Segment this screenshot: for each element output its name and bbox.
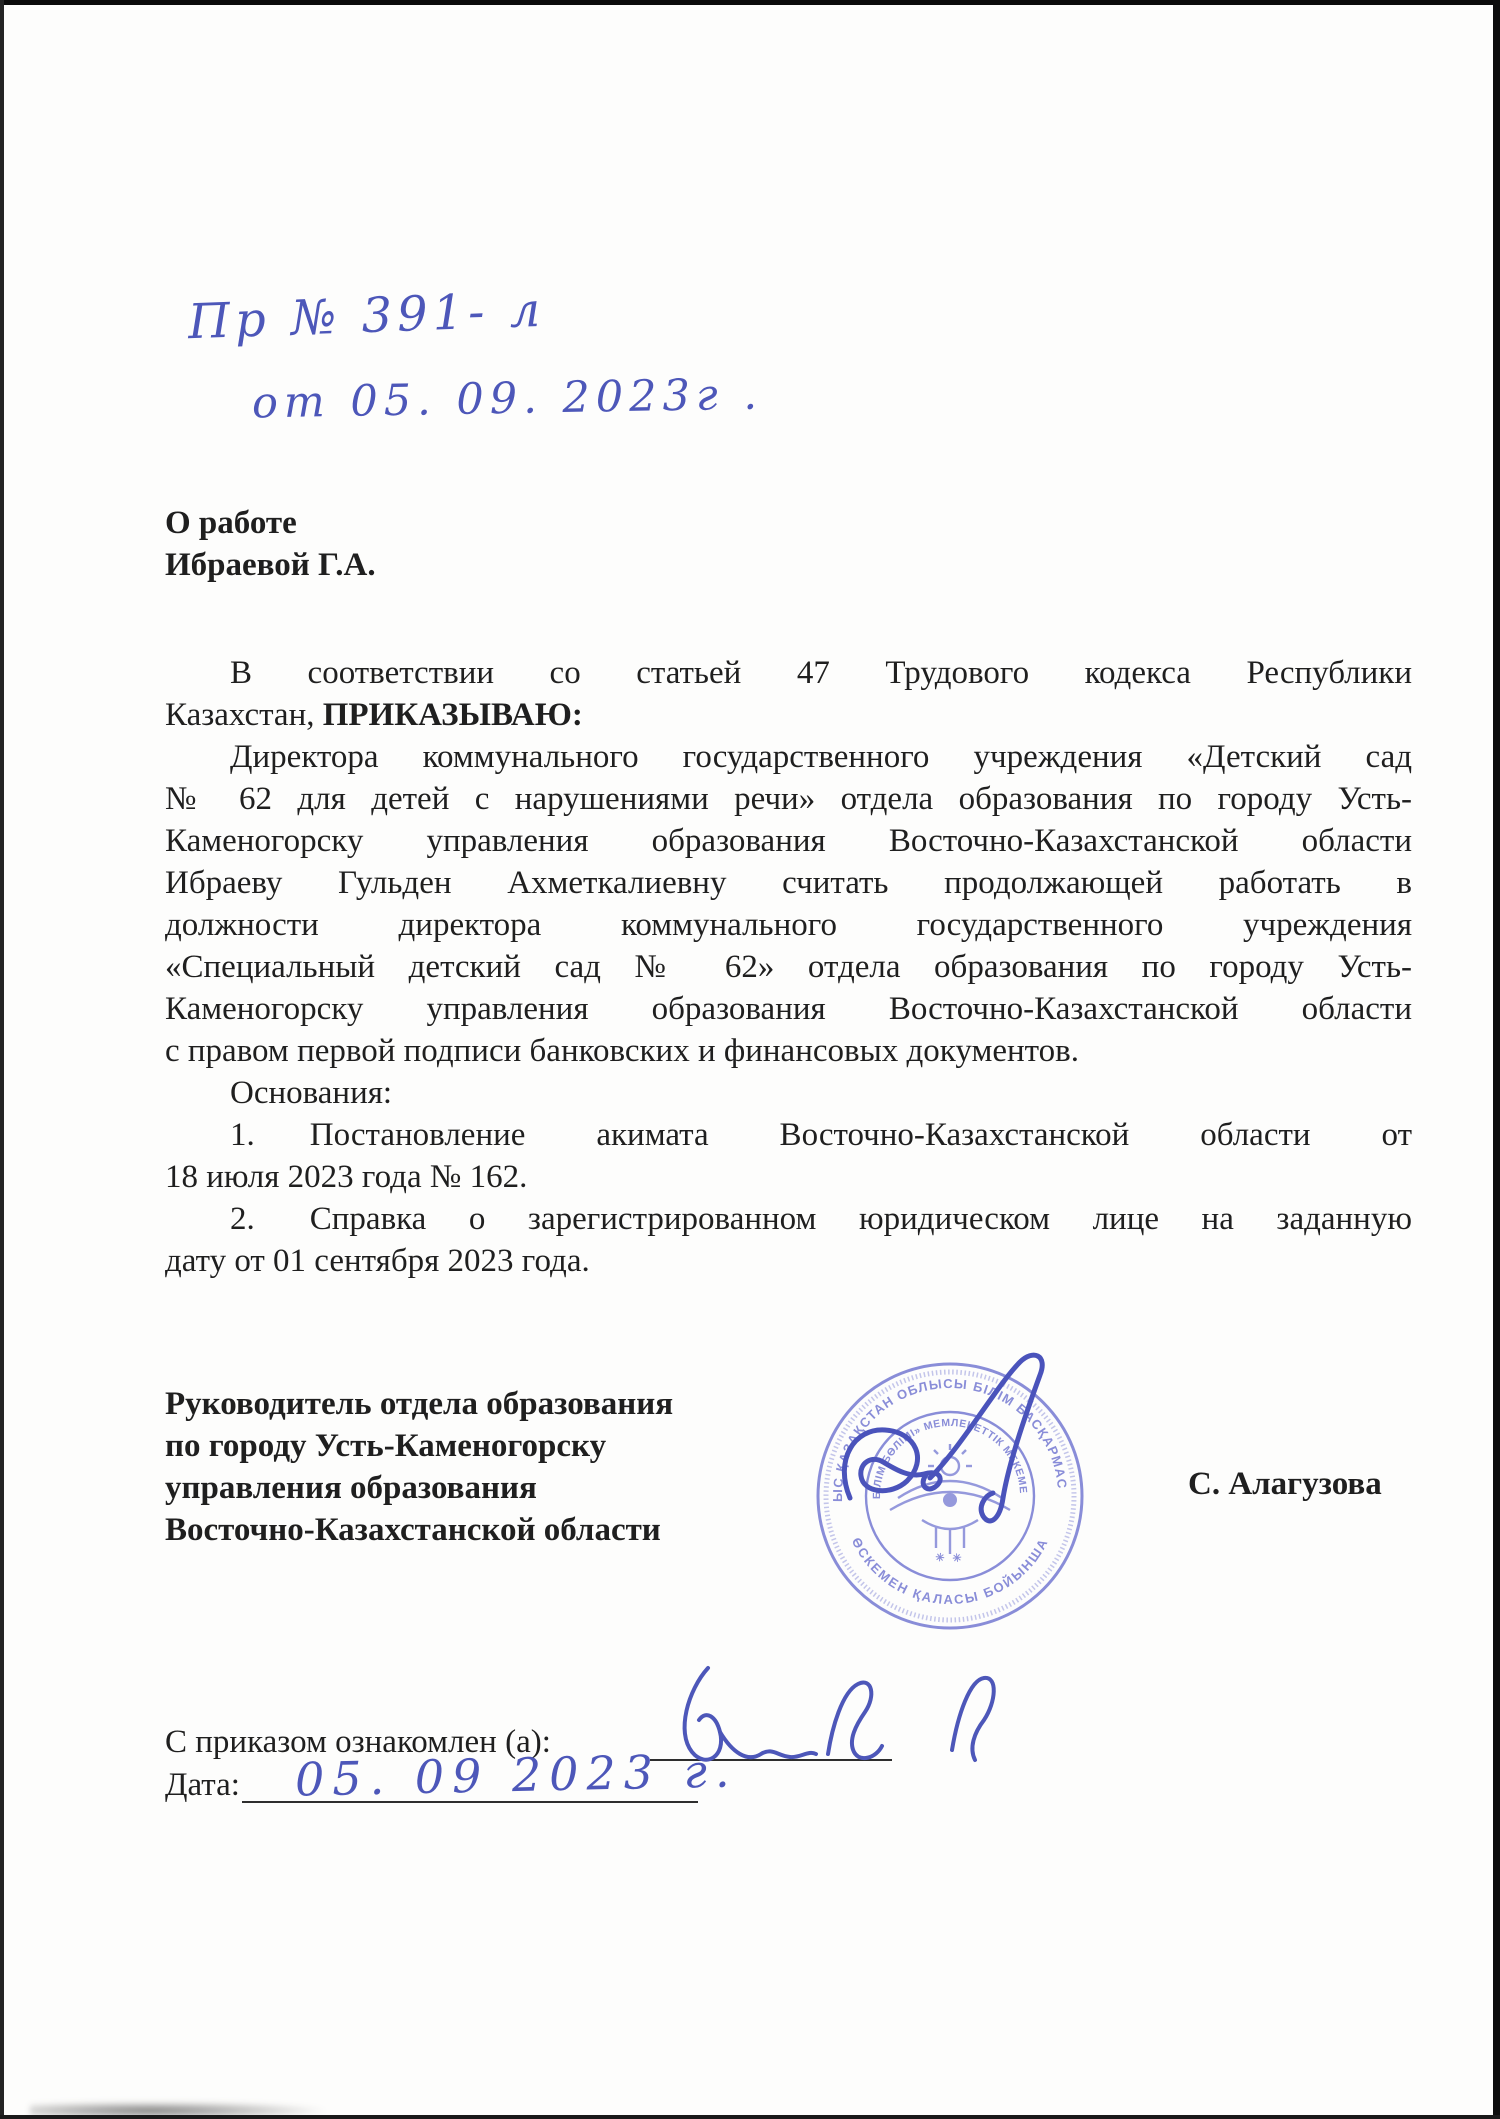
item-number: 1. <box>230 1117 255 1153</box>
subject-line-2: Ибраевой Г.А. <box>165 544 376 586</box>
handwritten-order-number: Пр № 391- л <box>187 282 546 350</box>
signatory-title-block: Руководитель отдела образования по город… <box>165 1383 765 1551</box>
signatory-name: С. Алагузова <box>1188 1466 1382 1503</box>
item-text: Справка о зарегистрированном юридическом… <box>310 1201 1412 1237</box>
order-verb: ПРИКАЗЫВАЮ: <box>323 697 583 733</box>
subject-block: О работе Ибраевой Г.А. <box>165 502 376 586</box>
grounds-item-1-line-1: 1.Постановление акимата Восточно-Казахст… <box>165 1114 1412 1156</box>
item-number: 2. <box>230 1201 255 1237</box>
director-signature <box>790 1326 1150 1606</box>
scan-edge-top <box>0 0 1500 5</box>
signatory-title-line: по городу Усть-Каменогорску <box>165 1425 765 1467</box>
intro-normal-text: Казахстан, <box>165 697 323 733</box>
acknowledgment-signature <box>620 1630 1090 1820</box>
signatory-title-line: управления образования <box>165 1467 765 1509</box>
body-paragraph-line: Директора коммунального государственного… <box>165 736 1412 778</box>
body-paragraph-line: «Специальный детский сад № 62» отдела об… <box>165 946 1412 988</box>
date-label: Дата: <box>165 1767 240 1804</box>
body-paragraph-line: должности директора коммунального госуда… <box>165 904 1412 946</box>
body-paragraph-line: Каменогорску управления образования Вост… <box>165 988 1412 1030</box>
signatory-title-line: Руководитель отдела образования <box>165 1383 765 1425</box>
grounds-item-2-line-1: 2.Справка о зарегистрированном юридическ… <box>165 1198 1412 1240</box>
signature-graphic <box>620 1630 1090 1820</box>
body-intro-line-1: В соответствии со статьей 47 Трудового к… <box>165 652 1412 694</box>
item-text: Постановление акимата Восточно-Казахстан… <box>310 1117 1412 1153</box>
grounds-label: Основания: <box>165 1072 1412 1114</box>
body-paragraph-line: Ибраеву Гульден Ахметкалиевну считать пр… <box>165 862 1412 904</box>
body-paragraph-line: Каменогорску управления образования Вост… <box>165 820 1412 862</box>
grounds-item-2-line-2: дату от 01 сентября 2023 года. <box>165 1240 1412 1282</box>
handwritten-order-date: от 05. 09. 2023г . <box>252 370 764 429</box>
body-paragraph-line: № 62 для детей с нарушениями речи» отдел… <box>165 778 1412 820</box>
order-body: В соответствии со статьей 47 Трудового к… <box>165 652 1412 1282</box>
scanned-order-document: Пр № 391- л от 05. 09. 2023г . О работе … <box>0 0 1500 2119</box>
signatory-title-line: Восточно-Казахстанской области <box>165 1509 765 1551</box>
body-paragraph-line: с правом первой подписи банковских и фин… <box>165 1030 1412 1072</box>
subject-line-1: О работе <box>165 502 376 544</box>
signature-graphic <box>790 1326 1150 1606</box>
scan-smudge <box>30 2101 330 2117</box>
scan-edge-right <box>1493 0 1500 2119</box>
body-intro-line-2: Казахстан, ПРИКАЗЫВАЮ: <box>165 694 1412 736</box>
grounds-item-1-line-2: 18 июля 2023 года № 162. <box>165 1156 1412 1198</box>
scan-edge-left <box>0 0 4 2119</box>
